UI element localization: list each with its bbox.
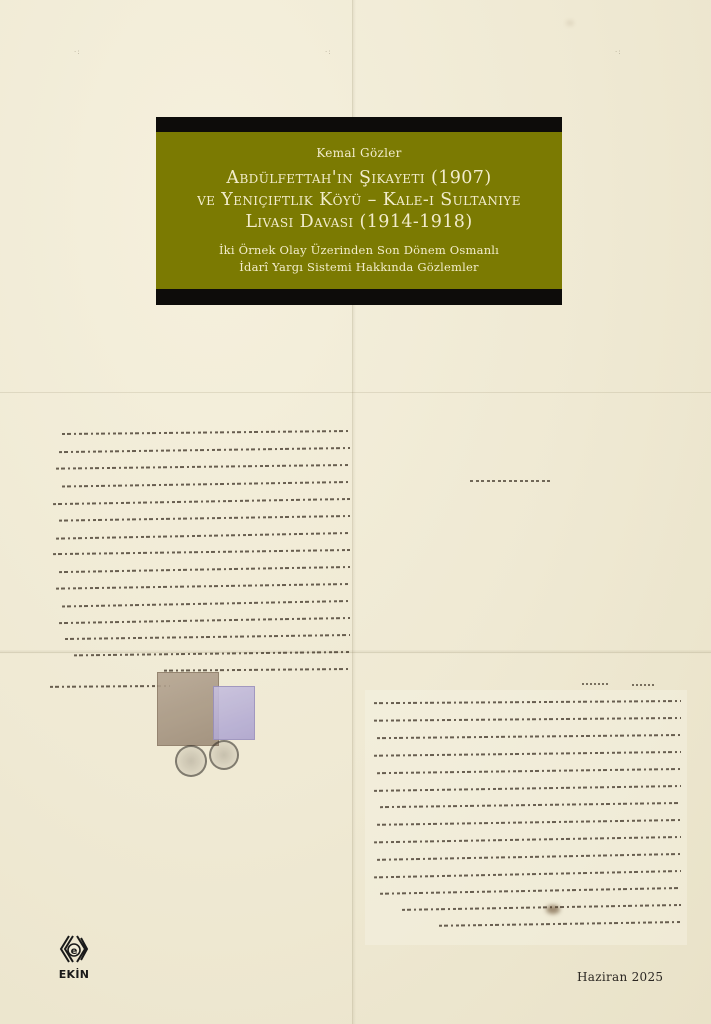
manuscript-line	[377, 853, 681, 861]
publication-date: Haziran 2025	[577, 970, 663, 984]
book-title-line: Livası Davası (1914-1918)	[197, 211, 521, 233]
manuscript-line	[56, 583, 350, 590]
paper-margin-mark: ·:	[74, 48, 81, 56]
manuscript-line	[59, 566, 350, 573]
revenue-stamp-lilac	[213, 686, 255, 740]
paper-margin-mark: ·:	[615, 48, 622, 56]
manuscript-line	[74, 651, 350, 656]
paper-fold-horizontal	[0, 392, 711, 393]
manuscript-line	[402, 904, 681, 911]
title-panel: Kemal Gözler Abdülfettah'ın Şikayeti (19…	[156, 117, 562, 305]
manuscript-line	[59, 447, 350, 453]
manuscript-line	[374, 785, 681, 792]
manuscript-left	[50, 430, 350, 690]
manuscript-line	[62, 600, 350, 608]
manuscript-line	[56, 532, 350, 540]
manuscript-line	[59, 515, 350, 522]
book-title-line: Abdülfettah'ın Şikayeti (1907)	[197, 167, 521, 189]
manuscript-header-note	[582, 683, 608, 685]
manuscript-line	[374, 870, 681, 878]
manuscript-header-note	[632, 684, 654, 686]
manuscript-line	[377, 734, 681, 739]
book-subtitle: İki Örnek Olay Üzerinden Son Dönem Osman…	[219, 242, 499, 276]
paper-margin-mark: ·:	[325, 48, 332, 56]
ink-stain	[546, 905, 560, 914]
manuscript-line	[59, 617, 350, 624]
manuscript-right	[365, 690, 687, 945]
manuscript-line	[65, 634, 350, 640]
publisher-name: EKİN	[52, 968, 96, 981]
manuscript-note-line	[470, 480, 550, 482]
manuscript-line	[377, 819, 681, 826]
manuscript-line	[439, 921, 681, 927]
svg-text:e: e	[71, 946, 78, 957]
book-subtitle-line: İdarî Yargı Sistemi Hakkında Gözlemler	[219, 259, 499, 276]
manuscript-line	[374, 836, 681, 843]
book-title: Abdülfettah'ın Şikayeti (1907) ve Yeniçi…	[197, 167, 521, 233]
paper-stain	[566, 20, 574, 26]
manuscript-line	[53, 549, 350, 555]
manuscript-line	[53, 498, 350, 505]
ink-seal	[209, 740, 239, 770]
manuscript-line	[374, 717, 681, 722]
book-title-line: ve Yeniçiftlik Köyü – Kale-i Sultaniye	[197, 189, 521, 211]
manuscript-line	[374, 751, 681, 757]
book-subtitle-line: İki Örnek Olay Üzerinden Son Dönem Osman…	[219, 242, 499, 259]
manuscript-line	[62, 481, 350, 488]
manuscript-line	[380, 887, 681, 895]
title-band-top	[156, 117, 562, 132]
manuscript-line	[62, 430, 350, 435]
manuscript-line	[50, 685, 170, 688]
publisher-logo: e EKİN	[52, 933, 96, 993]
manuscript-line	[377, 768, 681, 774]
ink-seal	[175, 745, 207, 777]
manuscript-line	[380, 802, 681, 808]
manuscript-line	[56, 464, 350, 470]
revenue-stamp-brown	[157, 672, 219, 746]
author-name: Kemal Gözler	[316, 146, 401, 160]
title-content: Kemal Gözler Abdülfettah'ın Şikayeti (19…	[156, 132, 562, 289]
ekin-logo-icon: e	[58, 933, 90, 965]
manuscript-line	[374, 700, 681, 704]
title-band-bottom	[156, 289, 562, 305]
